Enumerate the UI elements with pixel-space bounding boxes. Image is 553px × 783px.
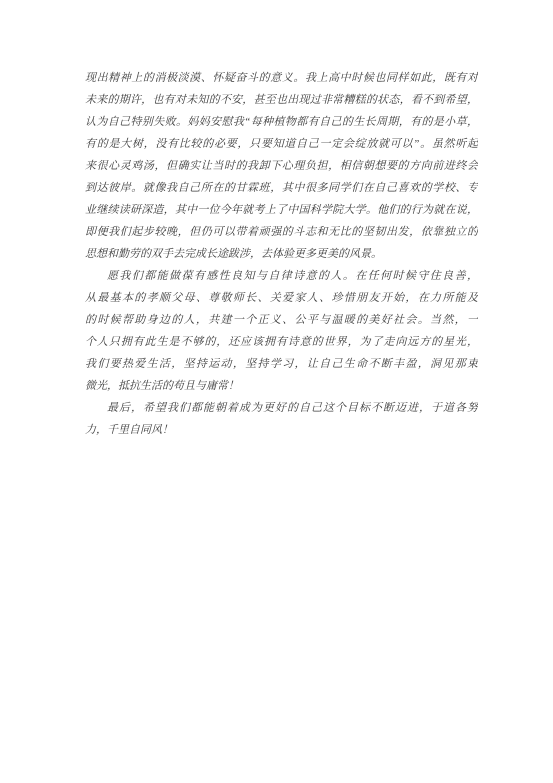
paragraph: 现出精神上的消极淡漠、怀疑奋斗的意义。我上高中时候也同样如此，既有对未来的期许，… xyxy=(85,67,478,265)
text-line: 未来的期许，也有对未知的不安，甚至也出现过非常糟糕的状态，看不到希望， xyxy=(85,89,478,111)
text-line: 到达彼岸。就像我自己所在的甘霖班，其中很多同学们在自己喜欢的学校、专 xyxy=(85,177,478,199)
text-line: 来很心灵鸡汤，但确实让当时的我卸下心理负担，相信朝想要的方向前进终会 xyxy=(85,155,478,177)
text-line: 思想和勤劳的双手去完成长途跋涉，去体验更多更美的风景。 xyxy=(85,243,478,265)
text-line: 微光，抵抗生活的苟且与庸常！ xyxy=(85,375,478,397)
text-line: 个人只拥有此生是不够的，还应该拥有诗意的世界，为了走向远方的星光， xyxy=(85,331,478,353)
text-line: 的时候帮助身边的人，共建一个正义、公平与温暖的美好社会。当然，一 xyxy=(85,309,478,331)
paragraph: 愿我们都能做葆有感性良知与自律诗意的人。在任何时候守住良善，从最基本的孝顺父母、… xyxy=(85,265,478,397)
text-line: 业继续读研深造，其中一位今年就考上了中国科学院大学。他们的行为就在说， xyxy=(85,199,478,221)
text-line: 认为自己特别失败。妈妈安慰我“每种植物都有自己的生长周期，有的是小草， xyxy=(85,111,478,133)
text-line: 从最基本的孝顺父母、尊敬师长、关爱家人、珍惜朋友开始，在力所能及 xyxy=(85,287,478,309)
document-body: 现出精神上的消极淡漠、怀疑奋斗的意义。我上高中时候也同样如此，既有对未来的期许，… xyxy=(85,67,478,441)
text-line: 力，千里自同风！ xyxy=(85,419,478,441)
text-line: 现出精神上的消极淡漠、怀疑奋斗的意义。我上高中时候也同样如此，既有对 xyxy=(85,67,478,89)
text-line: 我们要热爱生活，坚持运动，坚持学习，让自己生命不断丰盈，洞见那束 xyxy=(85,353,478,375)
text-line: 最后，希望我们都能朝着成为更好的自己这个目标不断迈进，于道各努 xyxy=(85,397,478,419)
document-page: 现出精神上的消极淡漠、怀疑奋斗的意义。我上高中时候也同样如此，既有对未来的期许，… xyxy=(0,0,553,783)
text-line: 即便我们起步较晚，但仍可以带着顽强的斗志和无比的坚韧出发，依靠独立的 xyxy=(85,221,478,243)
text-line: 有的是大树，没有比较的必要，只要知道自己一定会绽放就可以”。虽然听起 xyxy=(85,133,478,155)
paragraph: 最后，希望我们都能朝着成为更好的自己这个目标不断迈进，于道各努力，千里自同风！ xyxy=(85,397,478,441)
text-line: 愿我们都能做葆有感性良知与自律诗意的人。在任何时候守住良善， xyxy=(85,265,478,287)
